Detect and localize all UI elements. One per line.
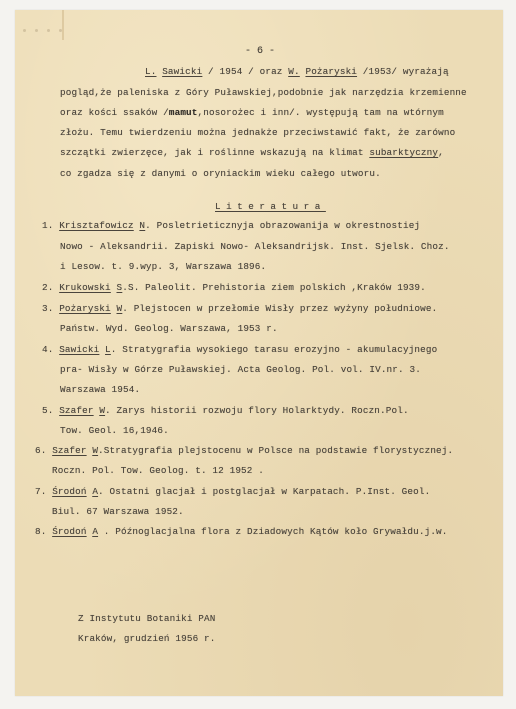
entry-number: 1. xyxy=(42,220,53,231)
text: oraz kości ssaków / xyxy=(60,107,169,118)
bib-entry-5: 5. Szafer W. Zarys historii rozwoju flor… xyxy=(42,405,409,416)
text: /1953/ wyrażają xyxy=(363,66,449,77)
entry-author: Szafer xyxy=(59,405,93,416)
entry-author: Szafer xyxy=(52,445,86,456)
bib-entry-3-line-2: Państw. Wyd. Geolog. Warszawa, 1953 r. xyxy=(60,323,278,334)
entry-author: Środoń xyxy=(52,526,86,537)
entry-text: . Plejstocen w przełomie Wisły przez wyż… xyxy=(122,303,437,314)
bib-entry-4: 4. Sawicki L. Stratygrafia wysokiego tar… xyxy=(42,344,437,355)
bib-entry-4-line-3: Warszawa 1954. xyxy=(60,384,140,395)
entry-number: 3. xyxy=(42,303,53,314)
entry-author: Pożaryski xyxy=(59,303,111,314)
bib-entry-1-line-2: Nowo - Aleksandrii. Zapiski Nowo- Aleksa… xyxy=(60,241,450,252)
intro-line-6: co zgadza się z danymi o oryniackim wiek… xyxy=(60,168,381,179)
entry-author: Krukowski xyxy=(59,282,111,293)
entry-text: . Późnoglacjalna flora z Dziadowych Kątó… xyxy=(98,526,447,537)
bib-entry-1: 1. Krisztafowicz N. Posletrieticznyja ob… xyxy=(42,220,420,231)
entry-author: Krisztafowicz xyxy=(59,220,133,231)
entry-text: . Stratygrafia wysokiego tarasu erozyjno… xyxy=(111,344,438,355)
bib-entry-2: 2. Krukowski S.S. Paleolit. Prehistoria … xyxy=(42,282,426,293)
document-page: - 6 - L. Sawicki / 1954 / oraz W. Pożary… xyxy=(15,10,503,696)
bib-entry-6-line-2: Roczn. Pol. Tow. Geolog. t. 12 1952 . xyxy=(52,465,264,476)
entry-number: 2. xyxy=(42,282,53,293)
page-number: - 6 - xyxy=(245,46,275,57)
punch-holes xyxy=(23,29,62,32)
entry-number: 7. xyxy=(35,486,46,497)
bib-entry-7: 7. Środoń A. Ostatni glacjał i postglacj… xyxy=(35,486,430,497)
text: ,nosorożec i inn/. występują tam na wtór… xyxy=(198,107,444,118)
entry-text: .S. Paleolit. Prehistoria ziem polskich … xyxy=(122,282,426,293)
entry-number: 5. xyxy=(42,405,53,416)
author-name: Pożaryski xyxy=(305,66,357,77)
bib-entry-5-line-2: Tow. Geol. 16,1946. xyxy=(60,425,169,436)
bib-entry-4-line-2: pra- Wisły w Górze Puławskiej. Acta Geol… xyxy=(60,364,421,375)
entry-text: .Stratygrafia plejstocenu w Polsce na po… xyxy=(98,445,453,456)
intro-line-1: L. Sawicki / 1954 / oraz W. Pożaryski /1… xyxy=(145,66,449,77)
text: szczątki zwierzęce, jak i roślinne wskaz… xyxy=(60,147,364,158)
text: , xyxy=(438,147,444,158)
punch-hole xyxy=(35,29,38,32)
author-name: Sawicki xyxy=(162,66,202,77)
entry-author: Sawicki xyxy=(59,344,99,355)
bib-entry-6: 6. Szafer W.Stratygrafia plejstocenu w P… xyxy=(35,445,453,456)
footer-institution: Z Instytutu Botaniki PAN xyxy=(78,613,216,624)
footer-place-date: Kraków, grudzień 1956 r. xyxy=(78,633,216,644)
text: / 1954 / oraz xyxy=(208,66,282,77)
intro-line-4: złożu. Temu twierdzeniu można jednakże p… xyxy=(60,127,455,138)
author-initial: W. xyxy=(288,66,299,77)
entry-number: 6. xyxy=(35,445,46,456)
author-initial: L. xyxy=(145,66,156,77)
bib-entry-8: 8. Środoń A . Późnoglacjalna flora z Dzi… xyxy=(35,526,448,537)
bib-entry-7-line-2: Biul. 67 Warszawa 1952. xyxy=(52,506,184,517)
paper-crease xyxy=(62,10,64,40)
entry-text: . Ostatni glacjał i postglacjał w Karpat… xyxy=(98,486,430,497)
intro-line-2: pogląd,że paleniska z Góry Puławskiej,po… xyxy=(60,87,467,98)
literature-heading: Literatura xyxy=(215,201,326,212)
punch-hole xyxy=(59,29,62,32)
entry-number: 8. xyxy=(35,526,46,537)
bib-entry-3: 3. Pożaryski W. Plejstocen w przełomie W… xyxy=(42,303,437,314)
intro-line-3: oraz kości ssaków /mamut,nosorożec i inn… xyxy=(60,107,444,118)
punch-hole xyxy=(23,29,26,32)
entry-text: . Posletrieticznyja obrazowanija w okres… xyxy=(145,220,420,231)
bib-entry-1-line-3: i Lesow. t. 9.wyp. 3, Warszawa 1896. xyxy=(60,261,266,272)
intro-line-5: szczątki zwierzęce, jak i roślinne wskaz… xyxy=(60,147,444,158)
punch-hole xyxy=(47,29,50,32)
entry-number: 4. xyxy=(42,344,53,355)
underlined-term: subarktyczny xyxy=(369,147,438,158)
emphasized-word: mamut xyxy=(169,107,198,118)
entry-author: Środoń xyxy=(52,486,86,497)
entry-text: . Zarys historii rozwoju flory Holarktyd… xyxy=(105,405,409,416)
